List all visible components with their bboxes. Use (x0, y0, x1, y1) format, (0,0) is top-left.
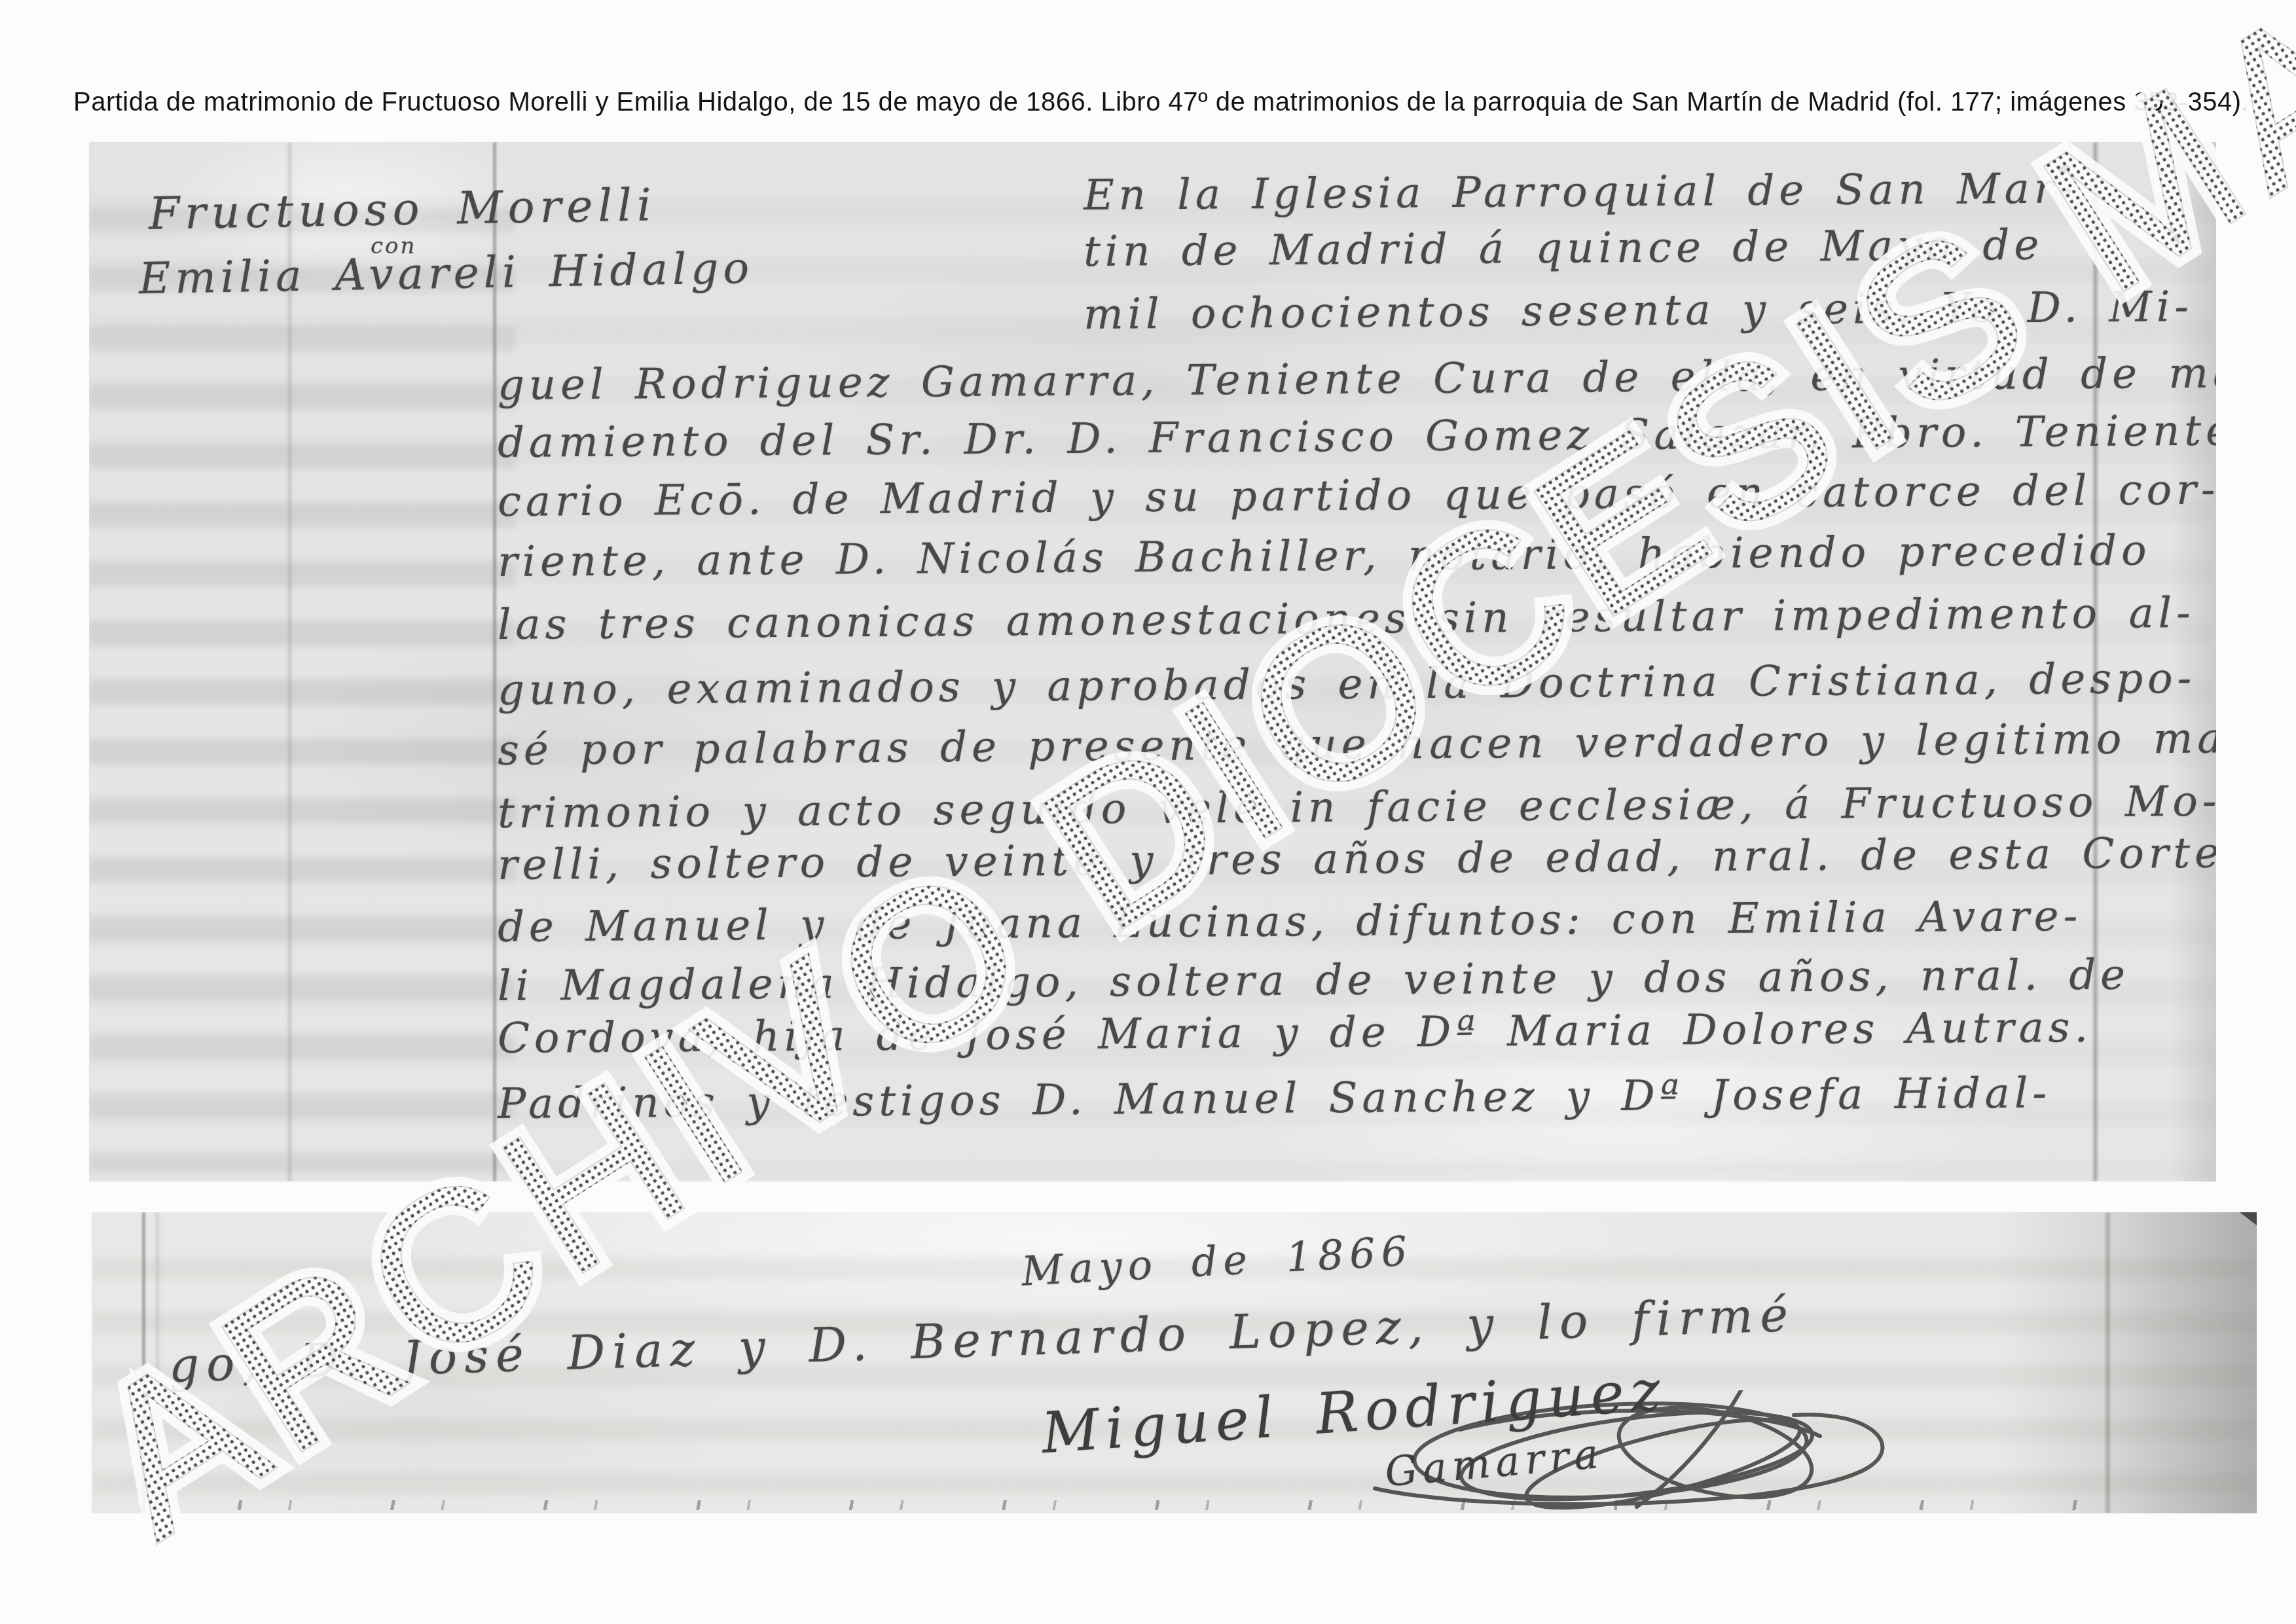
body-line-6: cario Ecō. de Madrid y su partido que pa… (498, 469, 2216, 523)
body-line-15: Cordova, hija de José Maria y de Dª Mari… (498, 1007, 2092, 1060)
body-line-12: relli, soltero de veinte y tres años de … (498, 831, 2216, 886)
register-scan-footer: Mayo de 1866 go, D. José Diaz y D. Berna… (92, 1212, 2257, 1513)
footer-left-rule-faint (156, 1212, 159, 1513)
body-line-7: riente, ante D. Nicolás Bachiller, notar… (498, 530, 2151, 583)
bleedthrough-rows-left (89, 175, 515, 1170)
body-line-8: las tres canonicas amonestaciones sin re… (498, 592, 2195, 646)
cutoff-line-tips (190, 1500, 2088, 1510)
margin-groom-name: Fructuoso Morelli (148, 183, 657, 237)
footer-right-rule (2106, 1212, 2109, 1513)
register-scan-main: Fructuoso Morelli con Emilia Avareli Hid… (89, 142, 2216, 1182)
footer-left-rule (142, 1212, 145, 1513)
body-line-5: damiento del Sr. Dr. D. Francisco Gomez … (498, 409, 2216, 464)
scan-corner-notch (2240, 1212, 2257, 1225)
body-line-16: Padrinos y testigos D. Manuel Sanchez y … (498, 1072, 2051, 1125)
body-line-9: guno, examinados y aprobados en la Doctr… (498, 658, 2196, 712)
body-line-3: mil ochocientos sesenta y seis. Yo D. Mi… (1084, 286, 2193, 336)
margin-bride-name: Emilia Avareli Hidalgo (138, 247, 754, 300)
body-line-13: de Manuel y de Juana Lucinas, difuntos: … (498, 895, 2083, 948)
signature-rubric (1296, 1390, 2023, 1513)
body-line-4: guel Rodriguez Gamarra, Teniente Cura de… (498, 352, 2216, 406)
body-line-1: En la Iglesia Parroquial de San Mar- (1084, 168, 2077, 217)
caption-text: Partida de matrimonio de Fructuoso Morel… (73, 88, 2249, 117)
body-line-2: tin de Madrid á quince de Mayo de (1084, 225, 2044, 273)
margin-rule (493, 142, 496, 1182)
body-line-10: sé por palabras de presente que hacen ve… (498, 717, 2216, 772)
body-line-14: li Magdalena Hidalgo, soltera de veinte … (498, 954, 2130, 1007)
body-line-11: trimonio y acto seguido velé in facie ec… (498, 781, 2216, 835)
